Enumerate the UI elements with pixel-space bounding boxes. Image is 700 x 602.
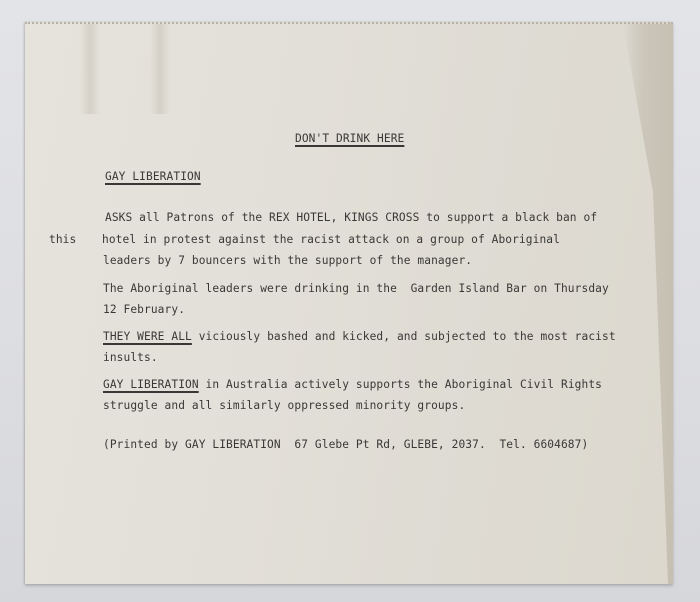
paragraph-4-emphasis: GAY LIBERATION bbox=[103, 378, 199, 391]
document-title: DON'T DRINK HERE bbox=[295, 132, 404, 145]
paragraph-4-line-1-rest: in Australia actively supports the Abori… bbox=[199, 378, 602, 391]
paper-sheet: DON'T DRINK HERE GAY LIBERATION ASKS all… bbox=[25, 22, 673, 584]
paragraph-1-prefix: this bbox=[49, 233, 76, 246]
document-footer: (Printed by GAY LIBERATION 67 Glebe Pt R… bbox=[103, 438, 588, 451]
document-body: DON'T DRINK HERE GAY LIBERATION ASKS all… bbox=[25, 24, 673, 584]
paragraph-1-line-1: ASKS all Patrons of the REX HOTEL, KINGS… bbox=[105, 211, 597, 224]
paragraph-1-line-2: hotel in protest against the racist atta… bbox=[102, 233, 560, 246]
paragraph-3-line-1: THEY WERE ALL viciously bashed and kicke… bbox=[103, 330, 616, 343]
paragraph-1-line-3: leaders by 7 bouncers with the support o… bbox=[103, 254, 472, 267]
paragraph-3-emphasis: THEY WERE ALL bbox=[103, 330, 192, 343]
document-heading: GAY LIBERATION bbox=[105, 170, 201, 183]
paragraph-2-line-2: 12 February. bbox=[103, 303, 185, 316]
paragraph-3-line-2: insults. bbox=[103, 351, 158, 364]
paragraph-4-line-1: GAY LIBERATION in Australia actively sup… bbox=[103, 378, 602, 391]
paragraph-2-line-1: The Aboriginal leaders were drinking in … bbox=[103, 282, 609, 295]
paragraph-3-line-1-rest: viciously bashed and kicked, and subject… bbox=[192, 330, 616, 343]
paragraph-4-line-2: struggle and all similarly oppressed min… bbox=[103, 399, 465, 412]
